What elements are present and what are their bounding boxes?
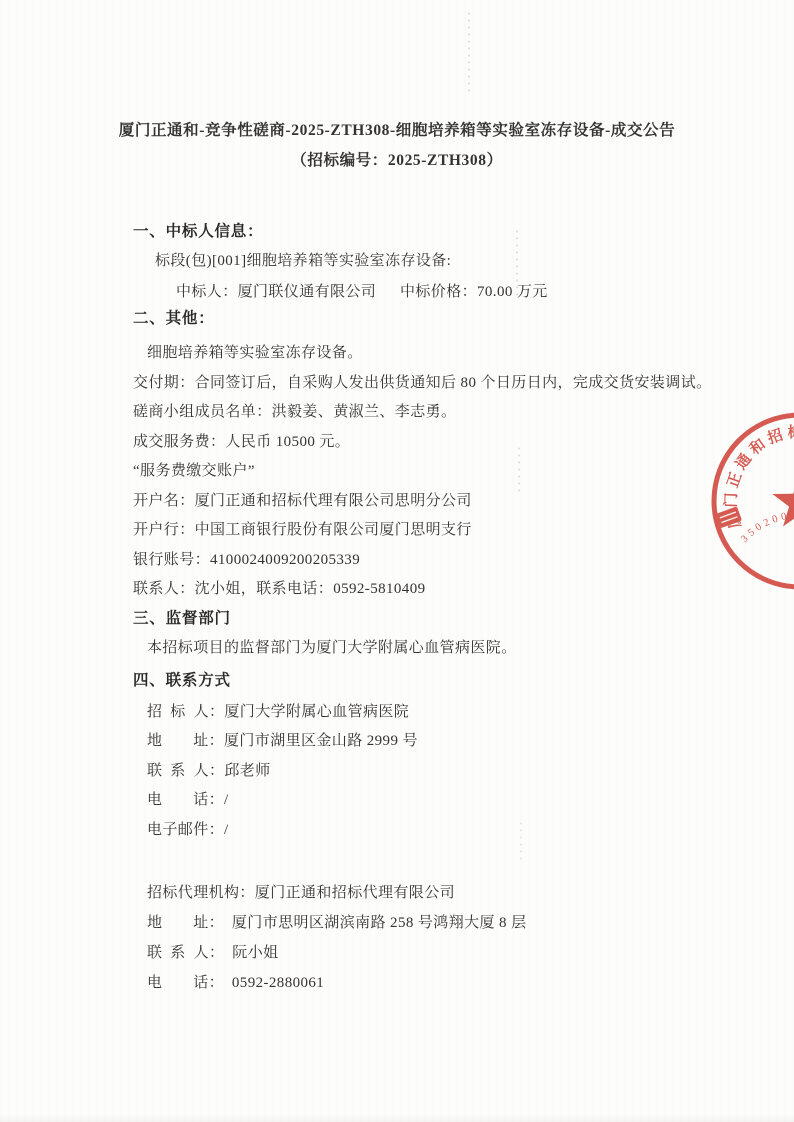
service-fee-line: 成交服务费：人民币 10500 元。 xyxy=(133,432,350,452)
panel-members-line: 磋商小组成员名单：洪毅姜、黄淑兰、李志勇。 xyxy=(133,402,456,422)
agency-address-line: 地 址： 厦门市思明区湖滨南路 258 号鸿翔大厦 8 层 xyxy=(147,913,527,933)
bank-account-line: 银行账号：4100024009200205339 xyxy=(133,550,360,570)
tenderer-email-line: 电子邮件：/ xyxy=(147,820,229,840)
scan-artifact xyxy=(519,820,524,860)
scan-artifact xyxy=(515,228,520,298)
fee-account-title-line: “服务费缴交账户” xyxy=(133,461,255,481)
company-seal: 厦门正通和招标代理有限公司 350200622 xyxy=(690,391,794,611)
scanned-document-page: 厦门正通和-竞争性磋商-2025-ZTH308-细胞培养箱等实验室冻存设备-成交… xyxy=(0,0,794,1122)
lot-line: 标段(包)[001]细胞培养箱等实验室冻存设备: xyxy=(155,251,451,271)
section3-heading: 三、监督部门 xyxy=(133,609,231,629)
tenderer-name-line: 招 标 人：厦门大学附属心血管病医院 xyxy=(147,702,409,722)
scan-artifact xyxy=(517,445,522,495)
tenderer-phone-line: 电 话：/ xyxy=(147,790,229,810)
price-line: 中标价格：70.00 万元 xyxy=(400,282,548,302)
agency-phone-line: 电 话： 0592-2880061 xyxy=(147,973,324,993)
agency-contact-line: 联 系 人： 阮小姐 xyxy=(147,943,279,963)
agency-name-line: 招标代理机构：厦门正通和招标代理有限公司 xyxy=(147,883,455,903)
account-name-line: 开户名：厦门正通和招标代理有限公司思明分公司 xyxy=(133,491,472,511)
tenderer-address-line: 地 址：厦门市湖里区金山路 2999 号 xyxy=(147,731,418,751)
supervision-line: 本招标项目的监督部门为厦门大学附属心血管病医院。 xyxy=(147,638,517,658)
winner-line: 中标人：厦门联仪通有限公司 xyxy=(176,282,376,302)
scan-edge-shadow xyxy=(0,1114,794,1122)
scan-artifact xyxy=(467,10,472,92)
delivery-line: 交付期：合同签订后，自采购人发出供货通知后 80 个日历日内，完成交货安装调试。 xyxy=(133,373,712,393)
document-subtitle: （招标编号：2025-ZTH308） xyxy=(0,151,794,171)
section2-heading: 二、其他： xyxy=(133,309,215,329)
bank-line: 开户行：中国工商银行股份有限公司厦门思明支行 xyxy=(133,520,472,540)
tenderer-contact-line: 联 系 人：邱老师 xyxy=(147,761,271,781)
seal-number-text: 350200622 xyxy=(739,510,794,545)
document-title: 厦门正通和-竞争性磋商-2025-ZTH308-细胞培养箱等实验室冻存设备-成交… xyxy=(0,121,794,141)
section1-heading: 一、中标人信息： xyxy=(133,222,263,242)
section4-heading: 四、联系方式 xyxy=(133,671,231,691)
fee-contact-line: 联系人：沈小姐，联系电话：0592-5810409 xyxy=(133,579,426,599)
equipment-line: 细胞培养箱等实验室冻存设备。 xyxy=(147,343,363,363)
